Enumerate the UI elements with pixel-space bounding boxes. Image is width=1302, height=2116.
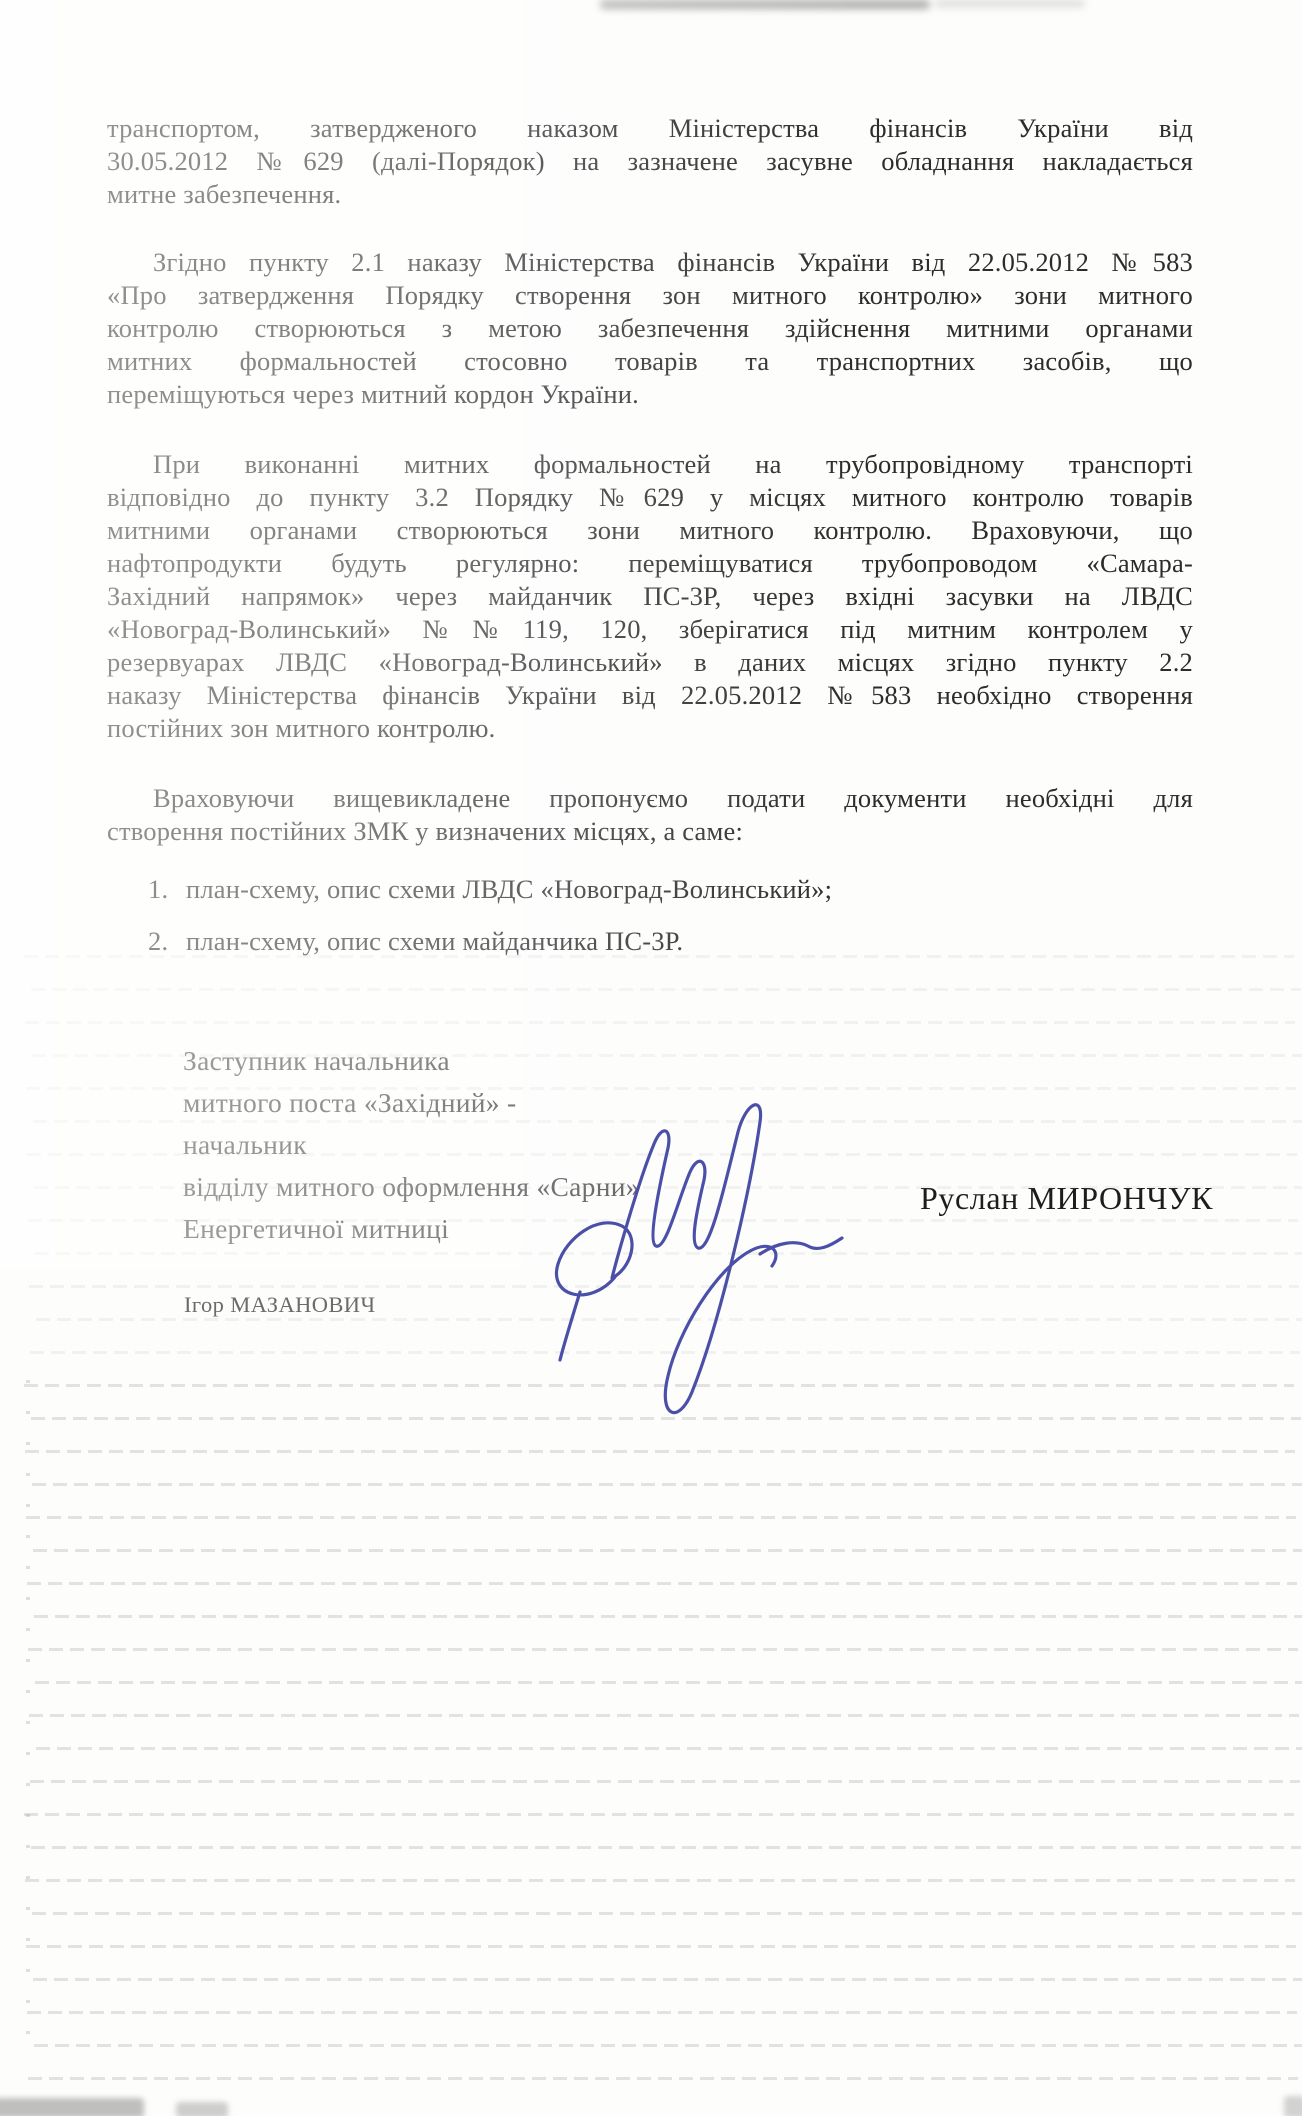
scan-smudge-top-2 bbox=[935, 0, 1085, 7]
paragraph-line: нафтопродукти будуть регулярно: переміщу… bbox=[107, 547, 1193, 580]
paragraph-line: контролю створюються з метою забезпеченн… bbox=[107, 312, 1193, 345]
scan-smudge-bottom-left-2 bbox=[176, 2102, 228, 2116]
paragraph-1: транспортом, затвердженого наказом Мініс… bbox=[107, 112, 1193, 211]
paragraph-4: Враховуючи вищевикладене пропонуємо пода… bbox=[107, 782, 1193, 848]
paragraph-line: наказу Міністерства фінансів України від… bbox=[107, 679, 1193, 712]
document-page: транспортом, затвердженого наказом Мініс… bbox=[0, 0, 1302, 2116]
scan-smudge-top bbox=[600, 0, 930, 9]
paragraph-line: постійних зон митного контролю. bbox=[107, 712, 1193, 745]
signature-stroke bbox=[556, 1105, 775, 1413]
paragraph-line: транспортом, затвердженого наказом Мініс… bbox=[107, 112, 1193, 145]
list-number: 2. bbox=[148, 926, 186, 957]
paragraph-line: «Про затвердження Порядку створення зон … bbox=[107, 279, 1193, 312]
list-text: план-схему, опис схеми ЛВДС «Новоград-Во… bbox=[186, 874, 832, 904]
scan-noise-left-column bbox=[26, 1380, 30, 2060]
list-number: 1. bbox=[148, 874, 186, 905]
paragraph-line: відповідно до пункту 3.2 Порядку №629 у … bbox=[107, 481, 1193, 514]
signature-stroke bbox=[560, 1292, 580, 1360]
scan-smudge-bottom-right bbox=[1284, 2096, 1302, 2116]
paragraph-line: переміщуються через митний кордон Україн… bbox=[107, 378, 1193, 411]
list-item-1: 1.план-схему, опис схеми ЛВДС «Новоград-… bbox=[148, 874, 1128, 905]
paragraph-line: При виконанні митних формальностей на тр… bbox=[107, 448, 1193, 481]
list-item-2: 2.план-схему, опис схеми майданчика ПС-3… bbox=[148, 926, 1128, 957]
paragraph-line: 30.05.2012 №629 (далі-Порядок) на зазнач… bbox=[107, 145, 1193, 178]
paragraph-line: Враховуючи вищевикладене пропонуємо пода… bbox=[107, 782, 1193, 815]
scan-smudge-bottom-left bbox=[0, 2098, 144, 2116]
paragraph-line: Західний напрямок» через майданчик ПС-3Р… bbox=[107, 580, 1193, 613]
list-text: план-схему, опис схеми майданчика ПС-3Р. bbox=[186, 926, 683, 956]
paragraph-line: «Новоград-Волинський» №№119, 120, зберіг… bbox=[107, 613, 1193, 646]
paragraph-line: митних формальностей стосовно товарів та… bbox=[107, 345, 1193, 378]
paragraph-line: створення постійних ЗМК у визначених міс… bbox=[107, 815, 1193, 848]
signature-stroke bbox=[760, 1238, 842, 1254]
paragraph-3: При виконанні митних формальностей на тр… bbox=[107, 448, 1193, 745]
paragraph-line: митними органами створюються зони митног… bbox=[107, 514, 1193, 547]
paragraph-line: митне забезпечення. bbox=[107, 178, 1193, 211]
handwritten-signature bbox=[520, 1092, 860, 1432]
paragraph-line: резервуарах ЛВДС «Новоград-Волинський» в… bbox=[107, 646, 1193, 679]
paragraph-2: Згідно пункту 2.1 наказу Міністерства фі… bbox=[107, 246, 1193, 411]
paragraph-line: Згідно пункту 2.1 наказу Міністерства фі… bbox=[107, 246, 1193, 279]
